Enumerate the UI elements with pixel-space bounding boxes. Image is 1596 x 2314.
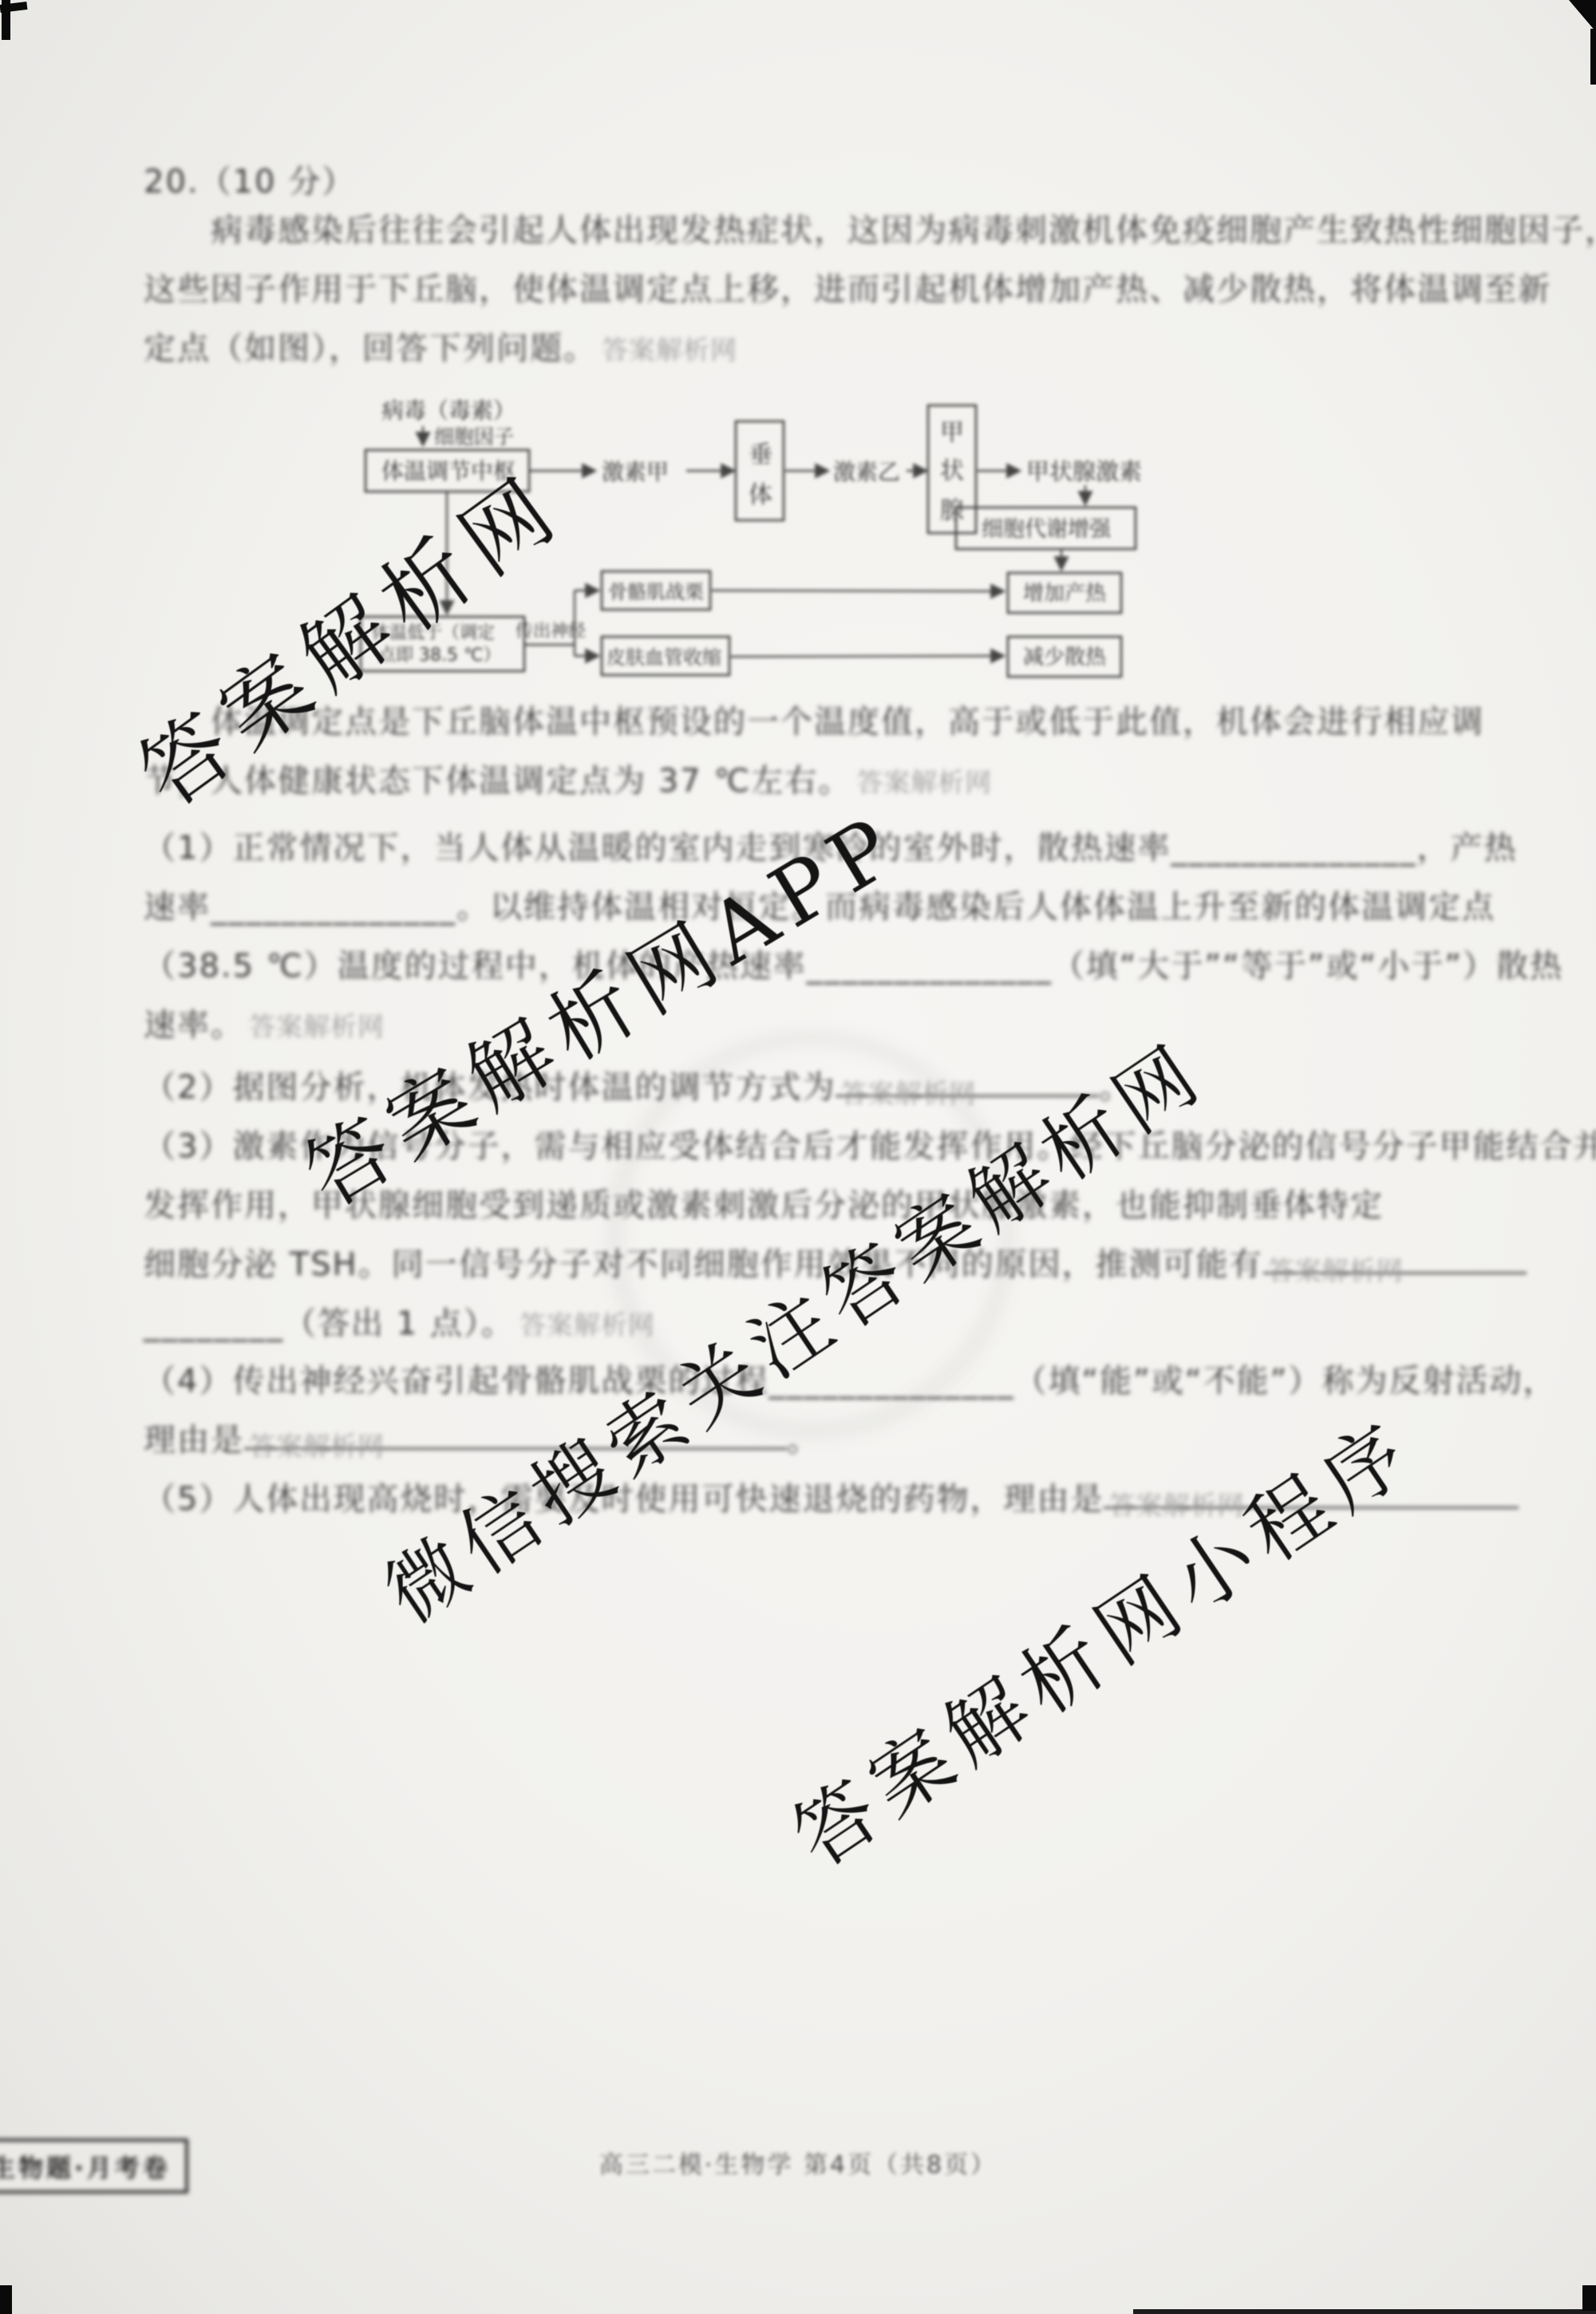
answer-site-inline-link: 答案解析网: [836, 1078, 981, 1109]
scan-corner-mark-bottom-right: [1582, 2285, 1596, 2311]
scan-edge-mark-right: [1590, 29, 1596, 85]
scan-corner-mark-bottom-left: [0, 2285, 12, 2314]
intro-line-3: 定点（如图），回答下列问题。答案解析网: [144, 319, 1564, 380]
intro-line-1: 病毒感染后往往会引起人体出现发热症状，这因为病毒刺激机体免疫细胞产生致热性细胞因…: [144, 201, 1564, 260]
footer-page-info: 高三二模·生物学 第4页（共8页）: [0, 2145, 1596, 2180]
thyroid-char-2: 状: [940, 457, 964, 485]
scan-corner-mark-top-left-2: [2, 0, 10, 40]
q1-line-3: （38.5 ℃）温度的过程中，机体的产热速率______________（填“大…: [144, 937, 1564, 996]
q1-line-4: 速率。答案解析网: [144, 996, 1564, 1056]
metabolism-label: 细胞代谢增强: [982, 517, 1112, 542]
answer-site-inline-link: 答案解析网: [851, 767, 997, 798]
heat-produce-label: 增加产热: [1023, 582, 1107, 606]
q3-answer-blank: 答案解析网: [1263, 1240, 1527, 1274]
answer-site-inline-link: 答案解析网: [244, 1011, 389, 1042]
q3-line-4-text: ________（答出 1 点）。: [144, 1305, 515, 1342]
vessel-label: 皮肤血管收缩: [606, 646, 721, 669]
answer-site-inline-link: 答案解析网: [1263, 1255, 1408, 1286]
thyroid-hormone-label: 甲状腺激素: [1026, 458, 1142, 485]
intro-line-3-text: 定点（如图），回答下列问题。: [144, 330, 597, 367]
hormone-b-label: 激素乙: [833, 459, 900, 485]
q4-line-2-text: 理由是: [144, 1422, 244, 1459]
scan-edge-mark-bottom: [1133, 2309, 1596, 2314]
hormone-a-label: 激素甲: [602, 459, 669, 485]
trigger-label: 病毒（毒素）: [381, 397, 516, 424]
answer-site-inline-link: 答案解析网: [244, 1431, 389, 1462]
pituitary-char-2: 体: [749, 481, 772, 509]
q4-period: 。: [787, 1422, 820, 1459]
answer-site-inline-link: 答案解析网: [515, 1309, 660, 1341]
intro-paragraph: 病毒感染后往往会引起人体出现发热症状，这因为病毒刺激机体免疫细胞产生致热性细胞因…: [144, 201, 1564, 380]
heat-reduce-label: 减少散热: [1023, 646, 1107, 669]
efferent-nerve-label: 传出神经: [516, 622, 586, 642]
q3-line-3-text: 细胞分泌 TSH。同一信号分子对不同细胞作用效果不同的原因，推测可能有: [144, 1246, 1263, 1283]
intro-line-2: 这些因子作用于下丘脑，使体温调定点上移，进而引起机体增加产热、减少散热，将体温调…: [144, 260, 1564, 319]
q1-line-4-text: 速率。: [144, 1007, 244, 1044]
thyroid-char-3: 腺: [940, 497, 964, 525]
thyroid-char-1: 甲: [940, 419, 964, 447]
answer-site-inline-link: 答案解析网: [597, 334, 742, 365]
scanned-exam-page: 20.（10 分） 病毒感染后往往会引起人体出现发热症状，这因为病毒刺激机体免疫…: [0, 0, 1596, 2314]
pituitary-char-1: 垂: [749, 441, 772, 469]
shiver-label: 骨骼肌战栗: [608, 581, 704, 603]
question-number: 20.（10 分）: [144, 156, 355, 202]
scan-corner-mark-top-right: [1569, 0, 1596, 32]
